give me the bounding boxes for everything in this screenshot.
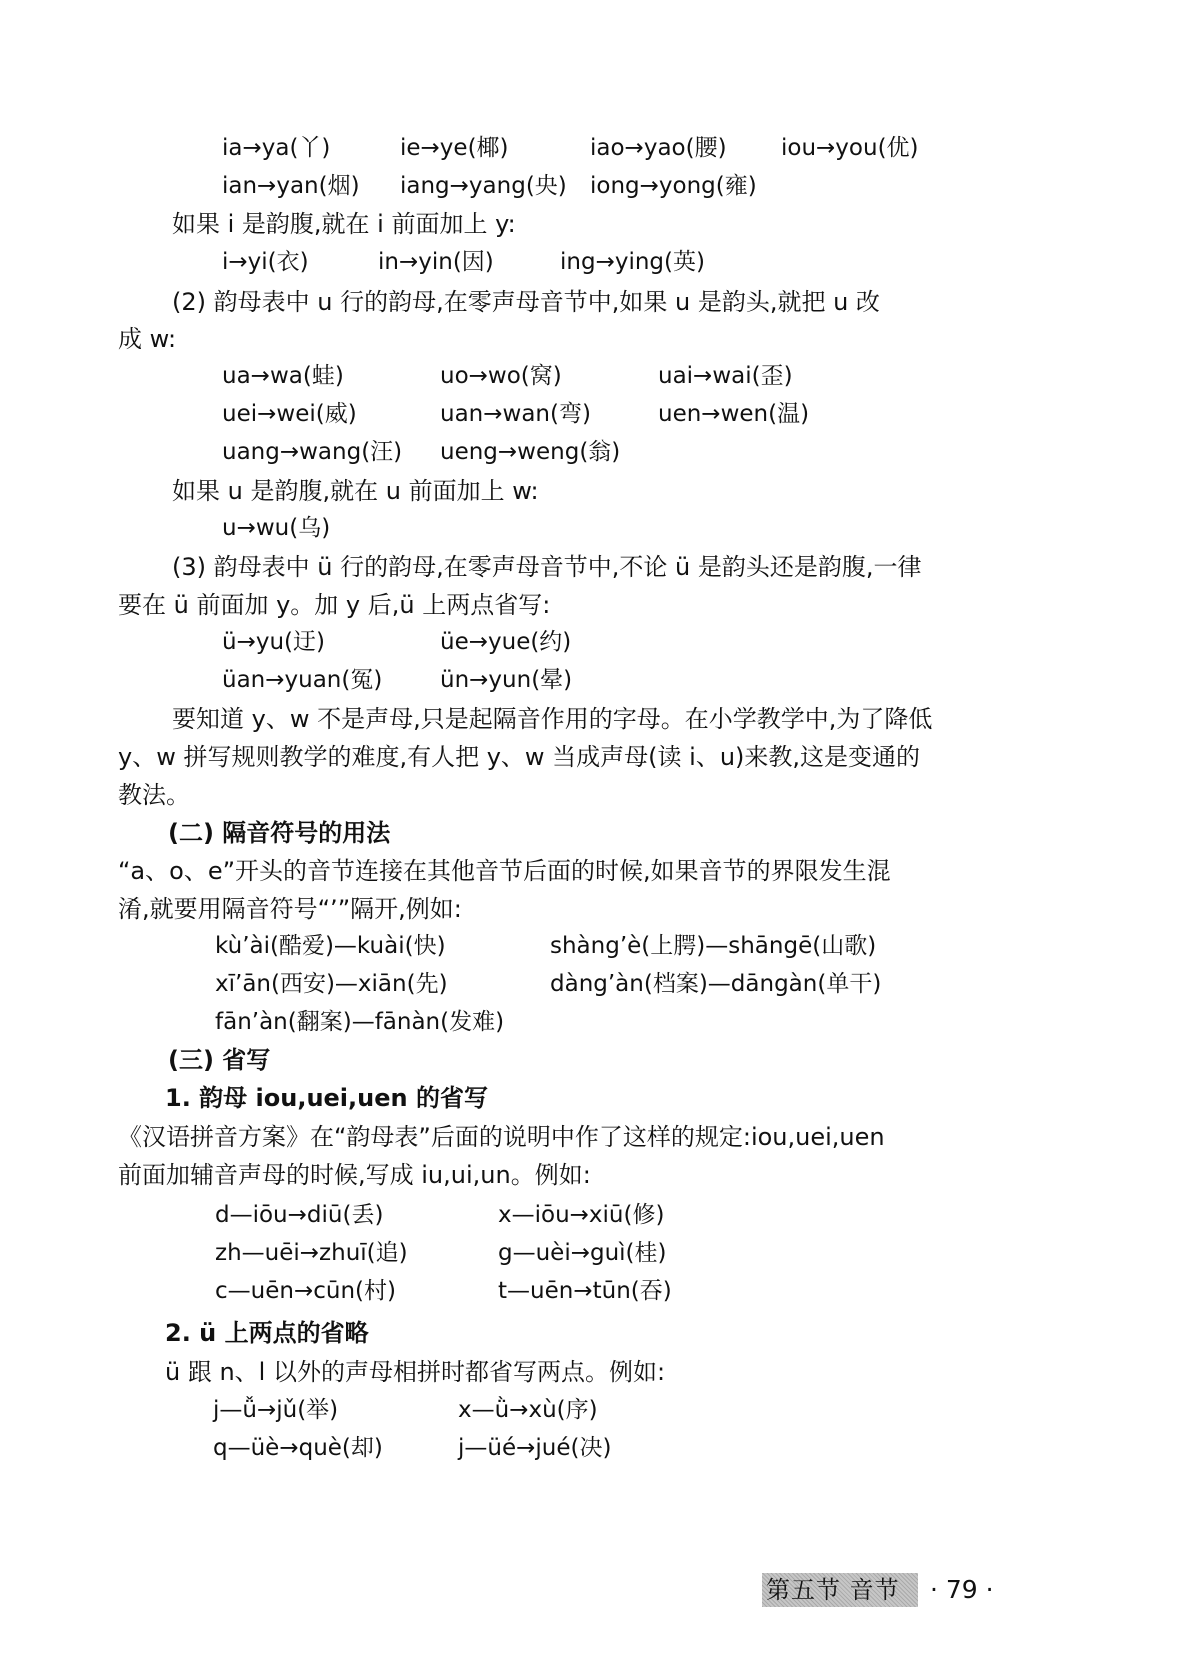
- example-uan: uan→wan(弯): [440, 399, 591, 429]
- example-xu: x—ǜ→xù(序): [458, 1395, 598, 1425]
- paragraph-yw: 要知道 y、w 不是声母,只是起隔音作用的字母。在小学教学中,为了降低: [172, 704, 932, 734]
- subheading-iou-uei-uen: 1. 韵母 iou,uei,uen 的省写: [165, 1083, 488, 1113]
- paragraph-iou-rule: 《汉语拼音方案》在“韵母表”后面的说明中作了这样的规定:iou,uei,uen: [118, 1122, 885, 1152]
- example-ie: ie→ye(椰): [400, 133, 509, 163]
- example-uai: uai→wai(歪): [658, 361, 793, 391]
- example-shange: shàng’è(上腭)—shāngē(山歌): [550, 931, 876, 961]
- example-v: ü→yu(迂): [222, 627, 325, 657]
- section-heading-abbreviation: (三) 省写: [168, 1045, 270, 1075]
- example-uo: uo→wo(窝): [440, 361, 562, 391]
- example-u: u→wu(乌): [222, 513, 330, 543]
- example-ing: ing→ying(英): [560, 247, 705, 277]
- example-gui: g—uèi→guì(桂): [498, 1238, 667, 1268]
- paragraph-v-row-cont: 要在 ü 前面加 y。加 y 后,ü 上两点省写:: [118, 590, 550, 620]
- example-xian: xī’ān(西安)—xiān(先): [215, 969, 448, 999]
- example-tun: t—uēn→tūn(吞): [498, 1276, 672, 1306]
- paragraph-u-row-cont: 成 w:: [118, 324, 176, 354]
- example-ia: ia→ya(丫): [222, 133, 330, 163]
- example-fanan: fān’àn(翻案)—fānàn(发难): [215, 1007, 504, 1037]
- example-zhui: zh—uēi→zhuī(追): [215, 1238, 408, 1268]
- example-uei: uei→wei(威): [222, 399, 357, 429]
- example-ve: üe→yue(约): [440, 627, 571, 657]
- example-kuai: kù’ài(酷爱)—kuài(快): [215, 931, 446, 961]
- paragraph-umlaut-rule: ü 跟 n、l 以外的声母相拼时都省写两点。例如:: [165, 1357, 665, 1387]
- example-iang: iang→yang(央): [400, 171, 567, 201]
- example-iao: iao→yao(腰): [590, 133, 727, 163]
- example-ian: ian→yan(烟): [222, 171, 360, 201]
- example-vn: ün→yun(晕): [440, 665, 572, 695]
- paragraph-yw-line2: y、w 拼写规则教学的难度,有人把 y、w 当成声母(读 i、u)来教,这是变通…: [118, 742, 920, 772]
- section-heading-apostrophe: (二) 隔音符号的用法: [168, 818, 390, 848]
- example-jue: j—üé→jué(决): [458, 1433, 611, 1463]
- example-cun: c—uēn→cūn(村): [215, 1276, 396, 1306]
- example-uen: uen→wen(温): [658, 399, 809, 429]
- paragraph-u-row: (2) 韵母表中 u 行的韵母,在零声母音节中,如果 u 是韵头,就把 u 改: [172, 287, 880, 317]
- note-u-yunfu: 如果 u 是韵腹,就在 u 前面加上 w:: [172, 476, 539, 506]
- example-dangan: dàng’àn(档案)—dāngàn(单干): [550, 969, 881, 999]
- example-ua: ua→wa(蛙): [222, 361, 344, 391]
- example-ju: j—ǚ→jǔ(举): [213, 1395, 338, 1425]
- example-i: i→yi(衣): [222, 247, 309, 277]
- example-iong: iong→yong(雍): [590, 171, 757, 201]
- paragraph-apostrophe-line2: 淆,就要用隔音符号“’”隔开,例如:: [118, 894, 462, 924]
- example-xiu: x—iōu→xiū(修): [498, 1200, 664, 1230]
- example-uang: uang→wang(汪): [222, 437, 402, 467]
- example-diu: d—iōu→diū(丢): [215, 1200, 383, 1230]
- example-que: q—üè→què(却): [213, 1433, 383, 1463]
- example-iou: iou→you(优): [781, 133, 919, 163]
- page-number: · 79 ·: [930, 1573, 994, 1607]
- running-footer-section: 第五节 音节: [762, 1573, 918, 1607]
- paragraph-apostrophe: “a、o、e”开头的音节连接在其他音节后面的时候,如果音节的界限发生混: [118, 856, 891, 886]
- paragraph-yw-line3: 教法。: [118, 780, 190, 810]
- example-in: in→yin(因): [378, 247, 494, 277]
- example-van: üan→yuan(冤): [222, 665, 382, 695]
- note-i-yunfu: 如果 i 是韵腹,就在 i 前面加上 y:: [172, 209, 516, 239]
- paragraph-v-row: (3) 韵母表中 ü 行的韵母,在零声母音节中,不论 ü 是韵头还是韵腹,一律: [172, 552, 921, 582]
- subheading-umlaut: 2. ü 上两点的省略: [165, 1318, 369, 1348]
- paragraph-iou-rule-line2: 前面加辅音声母的时候,写成 iu,ui,un。例如:: [118, 1160, 591, 1190]
- example-ueng: ueng→weng(翁): [440, 437, 620, 467]
